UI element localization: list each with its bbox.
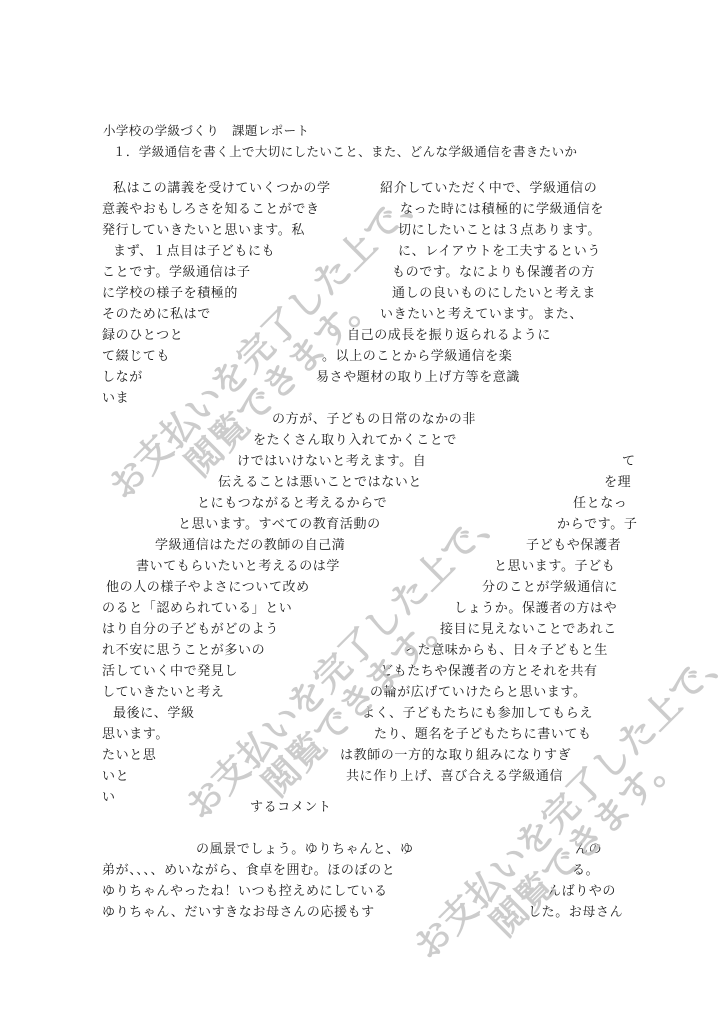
text-line-left: に学校の様子を積極的 (102, 286, 238, 302)
text-line-left: 発行していきたいと思います。私 (102, 223, 305, 239)
text-line-left: のると「認められている」とい (102, 601, 292, 617)
text-line-left: い (102, 790, 116, 806)
text-line-left: はり自分の子どもがどのよう (102, 622, 279, 638)
text-line-right: 接目に見えないことであれこ (440, 622, 617, 638)
text-line-left: 書いてもらいたいと考えるのは学 (136, 559, 340, 575)
text-line-left: をたくさん取り入れてかくことで (253, 433, 457, 449)
text-line-right: を理 (604, 475, 631, 491)
document-page: 小学校の学級づくり 課題レポート １．学級通信を書く上で大切にしたいこと、また、… (0, 0, 724, 1024)
text-line-right: いきたいと考えています。また、 (380, 307, 583, 323)
text-line-left: 録のひとつと (102, 328, 183, 344)
text-line-left: していきたいと考え (102, 685, 224, 701)
text-line-left: の方が、子どもの日常のなかの非 (272, 412, 476, 428)
text-line-left: ゆりちゃんやったね！いつも控えめにしている (102, 884, 388, 900)
text-line-left: ゆりちゃん、だいすきなお母さんの応援もす (102, 905, 375, 921)
text-line-left: いと (102, 769, 129, 785)
text-line-left: しなが (102, 370, 143, 386)
text-line-left: れ不安に思うことが多いの (102, 643, 265, 659)
text-line-left: 思います。 (102, 727, 169, 743)
text-line-left: 活していく中で発見し (102, 664, 238, 680)
text-line-left: とにもつながると考えるからで (197, 496, 387, 512)
text-line-left: て綴じても (102, 349, 170, 365)
text-line-right: て (622, 454, 636, 470)
text-line-left: と思います。すべての教育活動の (178, 517, 381, 533)
text-line-right: 共に作り上げ、喜び合える学級通信 (346, 769, 563, 785)
text-line-right: の輪が広げていけたらと思います。 (370, 685, 587, 701)
text-line-right: からです。子 (557, 517, 637, 533)
text-line-right: よく、子どもたちにも参加してもらえ (362, 706, 593, 722)
text-line-right: 。以上のことから学級通信を楽 (322, 349, 512, 365)
text-line-left: 最後に、学級 (113, 706, 195, 722)
text-line-right: 子どもや保護者 (526, 538, 621, 554)
text-line-left: いま (102, 391, 129, 407)
text-line-left: 他の人の様子やよさについて改め (106, 580, 310, 596)
text-line-right: 自己の成長を振り返られるように (347, 328, 551, 344)
text-line-left: たいと思 (102, 748, 156, 764)
text-line-left: そのために私はで (102, 307, 211, 323)
text-line-left: けではいけないと考えます。自 (237, 454, 426, 470)
text-line-left: ことです。学級通信は子 (102, 265, 251, 281)
text-line-left: まず、１点目は子どもにも (113, 244, 275, 260)
text-line-left: 意義やおもしろさを知ることができ (102, 202, 320, 218)
text-line-right: 通しの良いものにしたいと考えま (392, 286, 596, 302)
text-line-right: は教師の一方的な取り組みになりすぎ (340, 748, 571, 764)
text-line-left: 学級通信はただの教師の自己満 (155, 538, 345, 554)
text-line-right: 易さや題材の取り上げ方等を意識 (316, 370, 520, 386)
text-line-right: たり、題名を子どもたちに書いても (374, 727, 592, 743)
text-line-left: 伝えることは悪いことではないと (218, 475, 422, 491)
question-heading: １．学級通信を書く上で大切にしたいこと、また、どんな学級通信を書きたいか (113, 144, 577, 160)
text-line-left: 私はこの講義を受けていくつかの学 (113, 181, 331, 197)
document-heading: 小学校の学級づくり 課題レポート (103, 123, 309, 139)
text-line-left: 弟が、、、、めいながら、食卓を囲む。ほのぼのと (102, 863, 395, 879)
text-line-right: 任となっ (573, 496, 627, 512)
